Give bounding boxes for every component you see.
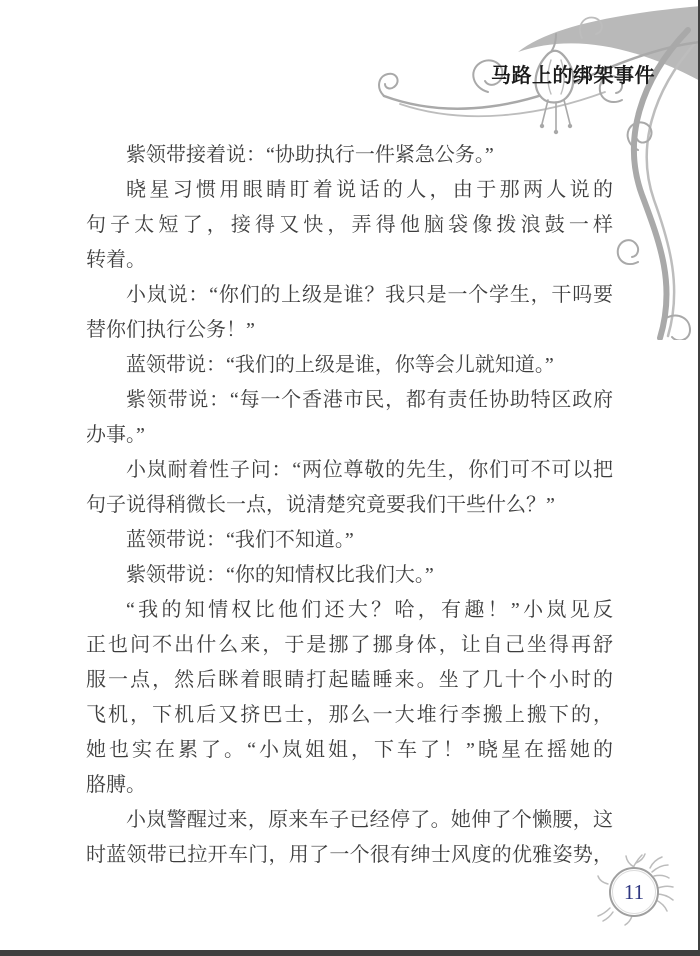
text-line: 蓝领带说：“我们不知道。” xyxy=(86,523,613,558)
text-line: 句子说得稍微长一点，说清楚究竟要我们干些什么？” xyxy=(86,488,613,523)
text-line: 胳膊。 xyxy=(86,768,613,803)
text-line: 时蓝领带已拉开车门，用了一个很有绅士风度的优雅姿势， xyxy=(86,838,613,873)
text-line: 办事。” xyxy=(86,418,613,453)
text-line: 替你们执行公务！” xyxy=(86,313,613,348)
text-line: 晓星习惯用眼睛盯着说话的人，由于那两人说的 xyxy=(86,173,613,208)
text-line: 紫领带说：“你的知情权比我们大。” xyxy=(86,558,613,593)
text-line: 紫领带说：“每一个香港市民，都有责任协助特区政府 xyxy=(86,383,613,418)
text-line: 小岚警醒过来，原来车子已经停了。她伸了个懒腰，这 xyxy=(86,803,613,838)
chapter-title: 马路上的绑架事件 xyxy=(491,59,655,88)
text-line: 小岚耐着性子问：“两位尊敬的先生，你们可不可以把 xyxy=(86,453,613,488)
text-line: 她也实在累了。“小岚姐姐，下车了！”晓星在摇她的 xyxy=(86,733,613,768)
text-line: 转着。 xyxy=(86,243,613,278)
page-number: 11 xyxy=(610,868,658,916)
text-line: 飞机，下机后又挤巴士，那么一大堆行李搬上搬下的， xyxy=(86,698,613,733)
book-page: 马路上的绑架事件 紫领带接着说：“协助执行一件紧急公务。”晓星习惯用眼睛盯着说话… xyxy=(0,0,700,956)
page-edge-bottom xyxy=(0,950,700,956)
text-line: 蓝领带说：“我们的上级是谁，你等会儿就知道。” xyxy=(86,348,613,383)
text-line: 正也问不出什么来，于是挪了挪身体，让自己坐得再舒 xyxy=(86,628,613,663)
text-line: 紫领带接着说：“协助执行一件紧急公务。” xyxy=(86,138,613,173)
page-number-ornament: 11 xyxy=(596,852,676,926)
text-line: 小岚说：“你们的上级是谁？我只是一个学生，干吗要 xyxy=(86,278,613,313)
text-line: “我的知情权比他们还大？哈，有趣！”小岚见反 xyxy=(86,593,613,628)
text-line: 服一点，然后眯着眼睛打起瞌睡来。坐了几十个小时的 xyxy=(86,663,613,698)
text-line: 句子太短了，接得又快，弄得他脑袋像拨浪鼓一样 xyxy=(86,208,613,243)
body-text: 紫领带接着说：“协助执行一件紧急公务。”晓星习惯用眼睛盯着说话的人，由于那两人说… xyxy=(86,138,613,873)
